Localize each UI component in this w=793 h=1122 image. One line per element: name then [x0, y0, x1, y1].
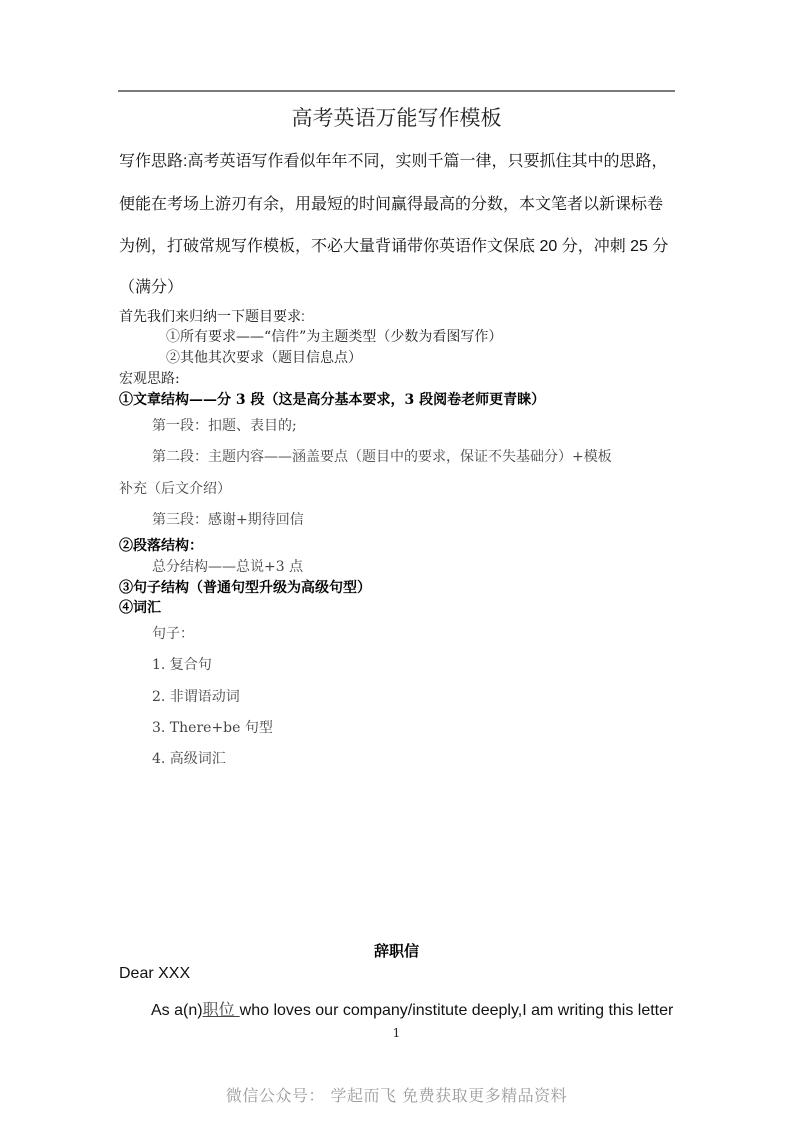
paragraph-2-desc-line-2: 补充（后文介绍） — [119, 478, 231, 498]
vocabulary-heading: ④词汇 — [119, 597, 161, 617]
intro-line-2: 便能在考场上游刃有余，用最短的时间赢得最高的分数，本文笔者以新课标卷 — [119, 191, 663, 214]
section-structure-heading: ①文章结构——分 3 段（这是高分基本要求，3 段阅卷老师更青睐） — [119, 389, 545, 409]
letter-body-line: As a(n)职位 who loves our company/institut… — [151, 997, 673, 1020]
header-rule — [118, 90, 675, 92]
intro-line-3: 为例，打破常规写作模板，不必大量背诵带你英语作文保底 20 分，冲刺 25 分 — [119, 233, 668, 256]
paragraph-structure-heading: ②段落结构： — [119, 535, 203, 555]
vocab-item-2: 2. 非谓语动词 — [152, 686, 240, 706]
vocab-item-4: 4. 高级词汇 — [152, 748, 226, 768]
paragraph-2-desc-line-1: 第二段：主题内容——涵盖要点（题目中的要求，保证不失基础分）+模板 — [152, 446, 612, 466]
letter-title: 辞职信 — [0, 940, 793, 961]
position-blank: 职位 — [203, 1000, 240, 1019]
letter-body-suffix: who loves our company/institute deeply,I… — [240, 1002, 674, 1019]
paragraph-3-desc: 第三段：感谢+期待回信 — [152, 509, 304, 529]
requirements-heading: 首先我们来归纳一下题目要求: — [119, 306, 305, 326]
sentence-structure-heading: ③句子结构（普通句型升级为高级句型） — [119, 577, 371, 597]
letter-salutation: Dear XXX — [119, 965, 190, 983]
macro-heading: 宏观思路: — [119, 368, 180, 388]
intro-line-1: 写作思路:高考英语写作看似年年不同，实则千篇一律，只要抓住其中的思路， — [119, 148, 667, 171]
vocab-item-3: 3. There+be 句型 — [152, 717, 273, 737]
requirement-item-1: ①所有要求——“信件”为主题类型（少数为看图写作） — [166, 326, 502, 346]
watermark: 微信公众号： 学起而飞 免费获取更多精品资料 — [0, 1083, 793, 1106]
vocab-item-1: 1. 复合句 — [152, 654, 212, 674]
letter-body-prefix: As a(n) — [151, 1002, 203, 1019]
paragraph-structure-item: 总分结构——总说+3 点 — [152, 556, 303, 576]
requirement-item-2: ②其他其次要求（题目信息点） — [166, 347, 362, 367]
document-title: 高考英语万能写作模板 — [0, 102, 793, 132]
sentence-subheading: 句子： — [152, 623, 194, 643]
page-number: 1 — [0, 1026, 793, 1040]
paragraph-1-desc: 第一段：扣题、表目的; — [152, 415, 297, 435]
intro-line-4: （满分） — [119, 274, 183, 297]
